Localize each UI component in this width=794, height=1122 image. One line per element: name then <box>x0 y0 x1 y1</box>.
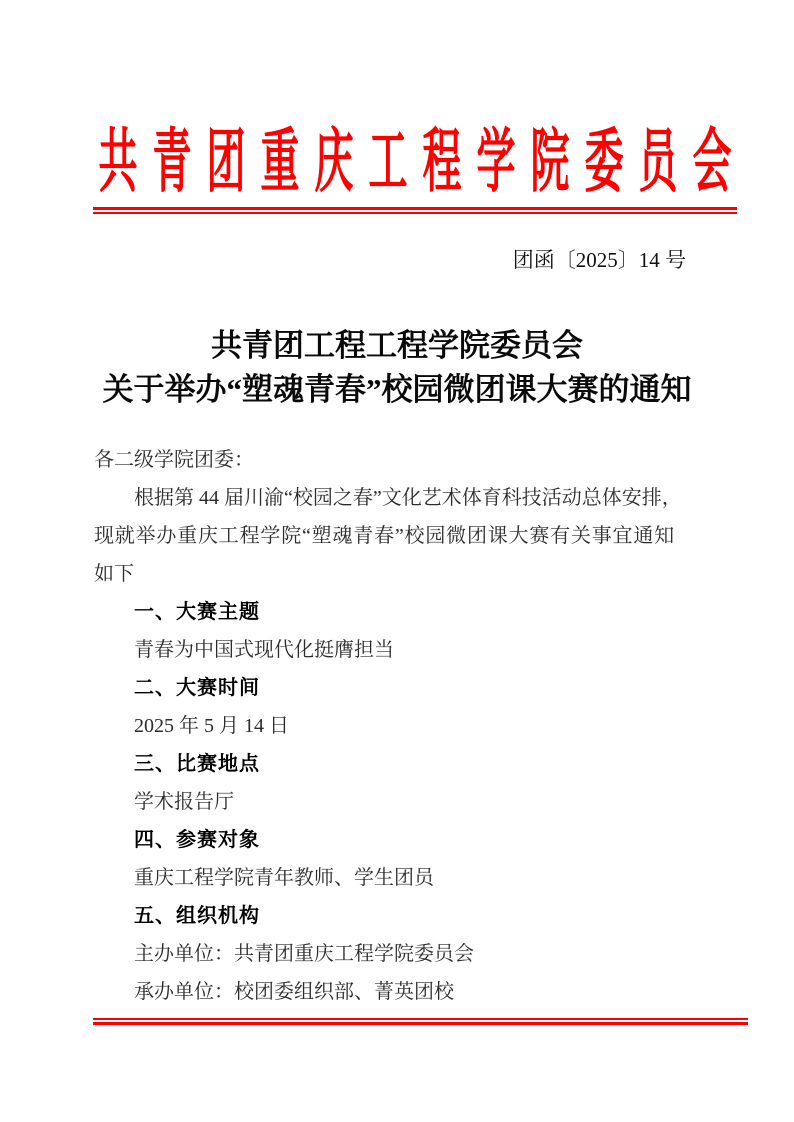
salutation-line: 各二级学院团委： <box>94 441 760 479</box>
document-title-line-2: 关于举办“塑魂青春”校园微团课大赛的通知 <box>94 368 700 412</box>
document-body: 各二级学院团委： 根据第 44 届川渝“校园之春”文化艺术体育科技活动总体安排，… <box>94 441 760 1011</box>
document-number: 团函〔2025〕14 号 <box>513 244 686 274</box>
section-heading-organization: 五、组织机构 <box>94 897 760 935</box>
official-document-page: 共青团重庆工程学院委员会 团函〔2025〕14 号 共青团工程工程学院委员会 关… <box>0 0 794 1122</box>
rule-thick-line <box>93 1022 748 1026</box>
section-content-participants: 重庆工程学院青年教师、学生团员 <box>94 859 760 897</box>
paragraph-line: 现就举办重庆工程学院“塑魂青春”校园微团课大赛有关事宜通知 <box>94 517 760 555</box>
footer-double-rule <box>93 1018 748 1025</box>
section-content-theme: 青春为中国式现代化挺膺担当 <box>94 631 760 669</box>
section-content-time: 2025 年 5 月 14 日 <box>94 707 760 745</box>
letterhead-double-rule <box>93 207 737 214</box>
letterhead: 共青团重庆工程学院委员会 <box>93 120 737 204</box>
section-heading-location: 三、比赛地点 <box>94 745 760 783</box>
document-title-line-1: 共青团工程工程学院委员会 <box>94 324 700 368</box>
document-title: 共青团工程工程学院委员会 关于举办“塑魂青春”校园微团课大赛的通知 <box>94 324 700 412</box>
section-heading-theme: 一、大赛主题 <box>94 593 760 631</box>
section-heading-time: 二、大赛时间 <box>94 669 760 707</box>
section-heading-participants: 四、参赛对象 <box>94 821 760 859</box>
paragraph-line: 如下 <box>94 555 760 593</box>
organizer-line-host: 主办单位：共青团重庆工程学院委员会 <box>94 935 760 973</box>
letterhead-agency-title: 共青团重庆工程学院委员会 <box>84 127 747 196</box>
organizer-line-undertaker: 承办单位：校团委组织部、菁英团校 <box>94 973 760 1011</box>
section-content-location: 学术报告厅 <box>94 783 760 821</box>
paragraph-line: 根据第 44 届川渝“校园之春”文化艺术体育科技活动总体安排， <box>94 479 760 517</box>
rule-thin-line <box>93 212 737 214</box>
